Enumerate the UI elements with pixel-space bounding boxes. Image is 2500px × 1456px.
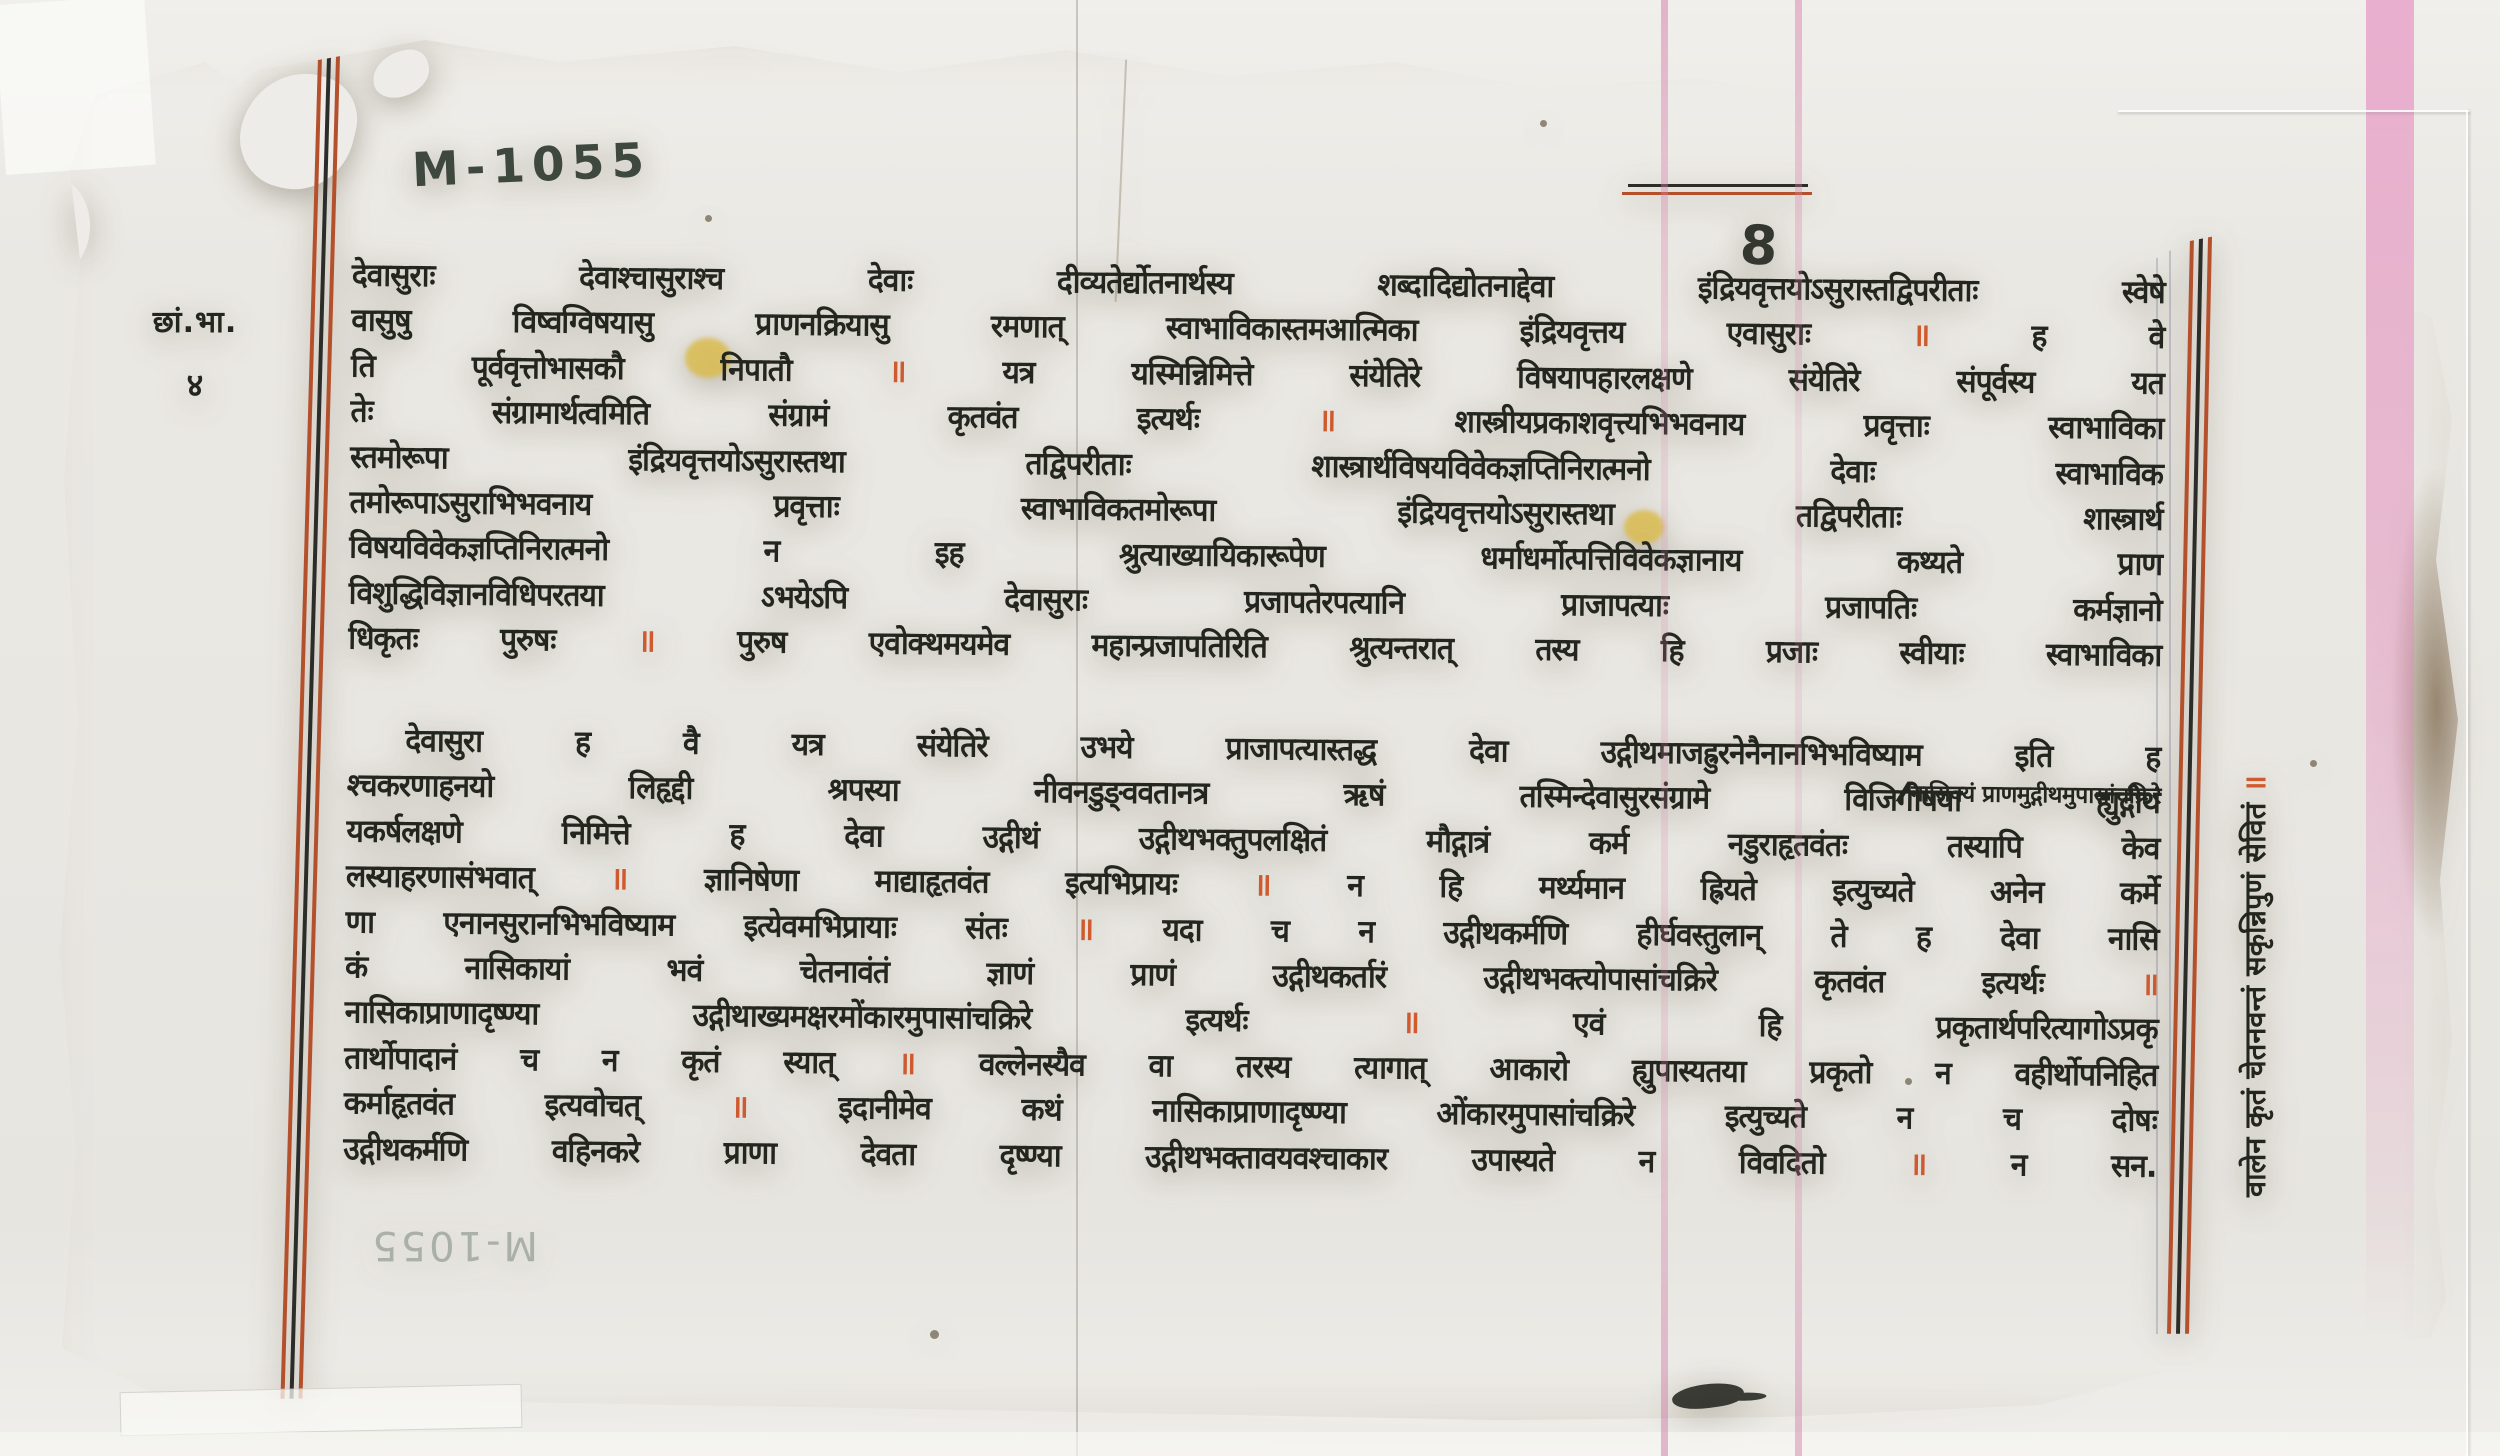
interlinear-insertion-text: नासिक्यं प्राणमुद्गीथमुपासांचक्रिरे [1911, 781, 2161, 809]
manuscript-leaf: M-1055 8 छां.भा. ४ M-1055 वालेन कृतं चेत… [0, 0, 2500, 1456]
paper-loss-patch [18, 178, 90, 274]
mylar-sleeve-edge-horizontal [2118, 110, 2470, 112]
ink-speck [930, 1330, 939, 1339]
paper-loss-patch [367, 44, 436, 104]
rule-line-black [289, 56, 331, 1401]
top-border-rule-fragment [1628, 184, 1808, 187]
backing-bottom-band [0, 1432, 2500, 1456]
accession-number-pencil: M-1055 [411, 133, 652, 198]
right-margin-vertical-note: वालेन कृतं चेतनवन्तं सकृन्निपुणं सेवितं … [2235, 357, 2279, 1197]
rule-line-red [298, 56, 340, 1401]
mounting-tape-bottom-left [120, 1384, 523, 1436]
manuscript-scan: M-1055 8 छां.भा. ४ M-1055 वालेन कृतं चेत… [0, 0, 2500, 1456]
ink-speck [2310, 760, 2317, 767]
leaf-shadow-wrap: M-1055 8 छां.भा. ४ M-1055 वालेन कृतं चेत… [0, 0, 2500, 1456]
right-margin-vertical-note-text: वालेन कृतं चेतनवन्तं सकृन्निपुणं सेवितं … [2235, 357, 2274, 1197]
edge-stain [2392, 470, 2466, 940]
left-margin-note: छां.भा. ४ [140, 300, 250, 406]
mylar-sleeve-edge-vertical [2466, 110, 2468, 1456]
ink-speck [1540, 120, 1547, 127]
main-text-block: देवासुराः देवाश्चासुराश्च देवाः दीव्यतेर… [352, 253, 2165, 270]
verso-pencil-showthrough: M-1055 [368, 1222, 538, 1268]
paragraph-1: देवासुराः देवाश्चासुराश्च देवाः दीव्यतेर… [348, 253, 2165, 679]
ink-speck [705, 215, 712, 222]
left-margin-note-number: ४ [140, 363, 250, 406]
paper-loss-patch [229, 60, 366, 202]
insertion-marks: ⁄⁄⁄ [1901, 778, 1911, 808]
left-margin-note-abbr: छां.भा. [140, 300, 250, 341]
ink-blot [1671, 1379, 1746, 1413]
rule-line-red [280, 56, 322, 1401]
